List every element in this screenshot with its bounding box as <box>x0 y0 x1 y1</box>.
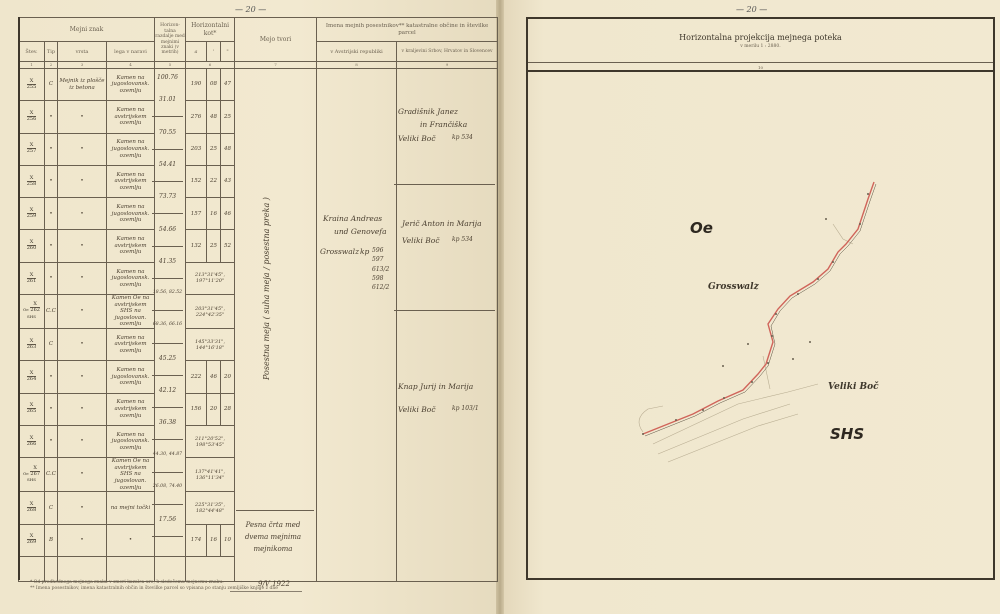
stone-number: X264 <box>19 361 45 393</box>
footnote-1: * Od predhodnega mejnega znaka v smeri k… <box>30 580 224 585</box>
angle-sec: 48 <box>221 133 235 165</box>
mejni-tvori-bottom: Pesna črta med dvema mejnima mejnikoma <box>236 520 310 556</box>
distance-value: 68.36, 66.16 <box>152 322 183 327</box>
map-scale: v merilu 1 : 2880. <box>528 44 993 49</box>
distance-value: 18.56, 82.52 <box>152 290 183 295</box>
stone-number: Oe X267 SHS <box>19 458 45 492</box>
angle-sec: 10 <box>221 524 235 556</box>
suffix-label: SHS <box>27 314 36 319</box>
stone-number: X261 <box>19 262 45 294</box>
angle-combined: 137°41'41", 136°11'34" <box>186 458 235 492</box>
angle-combined: 211°20'52", 198°53'45" <box>186 425 235 457</box>
angle-deg: 222 <box>186 361 207 393</box>
footnote-date-line <box>230 591 302 592</box>
owner-divider <box>394 184 495 185</box>
distance-value: 26.08, 74.40 <box>152 484 183 489</box>
page-number: — 20 — <box>736 5 767 14</box>
map-divider <box>528 70 993 72</box>
stone-location: Kamen na jugoslovansk. ozemlju <box>107 361 155 393</box>
map-label-oe: Oe <box>690 219 713 237</box>
shs-owner-2: Jerič Anton in Marija <box>402 218 482 229</box>
angle-combined: 225°31'35", 182°44'48" <box>186 492 235 524</box>
col-number: 2 <box>45 62 58 69</box>
stone-kind: • <box>58 425 107 457</box>
col-number: 1 <box>19 62 45 69</box>
stone-id: 258 <box>27 182 37 187</box>
map-label-veliki-boc: Veliki Boč <box>828 382 879 392</box>
header-stev: Štev. <box>19 42 45 62</box>
distance-divider <box>152 375 183 376</box>
stone-number: X258 <box>19 165 45 197</box>
angle-deg: 203 <box>186 133 207 165</box>
distance-divider <box>152 246 183 247</box>
owner-divider <box>394 310 495 311</box>
angle-min: 46 <box>207 361 221 393</box>
stone-type: C <box>45 329 58 361</box>
austria-owner-name2: und Genovefa <box>334 226 387 237</box>
distance-divider <box>152 504 183 505</box>
header-horizontal-angle: Horizontalni kot* <box>186 18 235 42</box>
shs-owner-1-parcel: kp 534 <box>452 133 473 142</box>
shs-owner-3-kat: Veliki Boč <box>398 404 436 415</box>
angle-min: 16 <box>207 198 221 230</box>
stone-id: 262 <box>30 308 40 313</box>
stone-type: • <box>45 425 58 457</box>
shs-owner-2-parcel: kp 534 <box>452 235 473 244</box>
stone-type: • <box>45 101 58 133</box>
map-label-grosswalz: Grosswalz <box>708 282 759 292</box>
angle-sec: 20 <box>221 361 235 393</box>
angle-deg: 174 <box>186 524 207 556</box>
parcel: 612/2 <box>372 283 389 292</box>
distance-divider <box>152 116 183 117</box>
stone-type: • <box>45 198 58 230</box>
stone-type: C <box>45 69 58 101</box>
distance-divider <box>152 310 183 311</box>
stone-kind: Mejnik iz plošče iz betona <box>58 69 107 101</box>
stone-kind: • <box>58 361 107 393</box>
shs-owner-3-parcel: kp 103/1 <box>452 404 479 413</box>
austria-parcels: 596 597 613/2 598 612/2 <box>372 246 389 292</box>
distance-value: 31.01 <box>152 96 183 103</box>
stone-location: Kamen na jugoslovansk. ozemlju <box>107 425 155 457</box>
distance-divider <box>152 343 183 344</box>
angle-sec: 28 <box>221 393 235 425</box>
mejni-tvori-vertical: Posestna meja ( suha meja / posestna pre… <box>262 197 271 380</box>
distance-divider <box>152 149 183 150</box>
stone-type: • <box>45 165 58 197</box>
boundary-map <box>528 74 993 578</box>
stone-location: Kamen Oe na avstrijskem SHS na jugoslova… <box>107 295 155 329</box>
distance-value: 42.12 <box>152 387 183 394</box>
distance-value: 54.41 <box>152 161 183 168</box>
suffix-label: SHS <box>27 477 36 482</box>
stone-number: X265 <box>19 393 45 425</box>
distance-value: 54.66 <box>152 226 183 233</box>
header-shs: v kraljevini Srbov, Hrvatov in Slovencev <box>397 42 498 62</box>
stone-type: • <box>45 393 58 425</box>
stone-location: Kamen Oe na avstrijskem SHS na jugoslova… <box>107 458 155 492</box>
stone-number: X268 <box>19 492 45 524</box>
angle-deg: 276 <box>186 101 207 133</box>
shs-owner-2-kat: Veliki Boč <box>402 235 440 246</box>
stone-type: • <box>45 230 58 262</box>
stone-kind: • <box>58 165 107 197</box>
stone-id: 256 <box>27 117 37 122</box>
angle-sec: 46 <box>221 198 235 230</box>
distance-divider <box>152 213 183 214</box>
distance-value: 36.38 <box>152 419 183 426</box>
distance-divider <box>152 278 183 279</box>
tvori-divider <box>236 510 314 511</box>
stone-location: Kamen na jugoslovansk. ozemlju <box>107 69 155 101</box>
header-horizontal-distance: Horizon-talna razdalje med mejnimi znaki… <box>155 18 186 62</box>
col-number: 3 <box>58 62 107 69</box>
stone-id: 261 <box>27 279 37 284</box>
header-angle-sec: " <box>221 42 235 62</box>
distance-value: 70.55 <box>152 129 183 136</box>
angle-min: 16 <box>207 524 221 556</box>
angle-combined: 203°31'45", 224°42'35" <box>186 295 235 329</box>
col-number: 6 <box>186 62 235 69</box>
header-lega: lega v naravi <box>107 42 155 62</box>
angle-combined: 213°31'45", 197°11'20" <box>186 262 235 294</box>
distance-divider <box>152 536 183 537</box>
col-number: 4 <box>107 62 155 69</box>
stone-kind: • <box>58 101 107 133</box>
distance-value: 73.73 <box>152 193 183 200</box>
angle-sec: 52 <box>221 230 235 262</box>
shs-owner-1-kat: Veliki Boč <box>398 133 436 144</box>
col-number: 9 <box>397 62 498 69</box>
stone-kind: • <box>58 458 107 492</box>
stone-number: X259 <box>19 198 45 230</box>
stone-id: 259 <box>27 214 37 219</box>
stone-kind: • <box>58 198 107 230</box>
distance-cell <box>155 524 186 556</box>
distance-value: 41.35 <box>152 258 183 265</box>
austria-owner-cell <box>317 69 397 582</box>
header-mejni-znak: Mejni znak <box>19 18 155 42</box>
stone-id: 265 <box>27 409 37 414</box>
stone-id: 257 <box>27 149 37 154</box>
map-frame: Horizontalna projekcija mejnega poteka v… <box>526 17 995 580</box>
parcel: 598 <box>372 274 389 283</box>
table-left-border <box>18 17 20 580</box>
angle-deg: 157 <box>186 198 207 230</box>
austria-owner-name: Kraina Andreas <box>323 213 382 224</box>
stone-location: Kamen na avstrijskem ozemlju <box>107 393 155 425</box>
col-number: 7 <box>235 62 317 69</box>
header-angle-deg: a <box>186 42 207 62</box>
parcel: 613/2 <box>372 265 389 274</box>
stone-number: X263 <box>19 329 45 361</box>
angle-deg: 132 <box>186 230 207 262</box>
angle-deg: 152 <box>186 165 207 197</box>
stone-kind: • <box>58 329 107 361</box>
shs-owner-1: Gradišnik Janez <box>398 106 458 117</box>
shs-owner-cell <box>397 69 498 582</box>
stone-location: na mejni točki <box>107 492 155 524</box>
stone-type: • <box>45 361 58 393</box>
stone-kind: • <box>58 133 107 165</box>
stone-type: • <box>45 262 58 294</box>
stone-type: B <box>45 524 58 556</box>
stone-type: C.C <box>45 295 58 329</box>
stone-kind: • <box>58 524 107 556</box>
stone-id: 267 <box>30 472 40 477</box>
angle-deg: 190 <box>186 69 207 101</box>
stone-id: 264 <box>27 377 37 382</box>
table-row: X255CMejnik iz plošče iz betonaKamen na … <box>19 69 498 101</box>
angle-sec: 43 <box>221 165 235 197</box>
boundary-register-table: Mejni znak Horizon-talna razdalje med me… <box>18 17 498 582</box>
stone-number: X255 <box>19 69 45 101</box>
stone-location: Kamen na avstrijskem ozemlju <box>107 230 155 262</box>
stone-number: X269 <box>19 524 45 556</box>
angle-min: 25 <box>207 133 221 165</box>
angle-sec: 25 <box>221 101 235 133</box>
stone-kind: • <box>58 393 107 425</box>
header-angle-min: ' <box>207 42 221 62</box>
distance-value: 45.25 <box>152 355 183 362</box>
distance-divider <box>152 472 183 473</box>
distance-value: 17.56 <box>152 516 183 523</box>
angle-min: 48 <box>207 101 221 133</box>
distance-divider <box>152 439 183 440</box>
stone-type: C <box>45 492 58 524</box>
stone-id: 268 <box>27 508 37 513</box>
angle-min: 20 <box>207 393 221 425</box>
stone-id: 263 <box>27 345 37 350</box>
boundary-line <box>643 182 874 434</box>
col-number: 8 <box>317 62 397 69</box>
stone-location: Kamen na avstrijskem ozemlju <box>107 165 155 197</box>
stone-kind: • <box>58 230 107 262</box>
page-number: — 20 — <box>235 5 266 14</box>
angle-min: 22 <box>207 165 221 197</box>
header-tip: Tip <box>45 42 58 62</box>
map-label-shs: SHS <box>830 425 864 443</box>
parcel: 596 <box>372 246 389 255</box>
distance-divider <box>152 181 183 182</box>
col-number: 5 <box>155 62 186 69</box>
shs-owner-3: Knap Jurij in Marija <box>398 381 473 392</box>
stone-number: X266 <box>19 425 45 457</box>
austria-parcel-label: kp <box>360 246 369 257</box>
stone-type: • <box>45 133 58 165</box>
austria-kat-obcina: Grosswalz <box>320 246 359 257</box>
shs-owner-1b: in Frančiška <box>420 119 467 130</box>
stone-location: Kamen na jugoslovansk. ozemlju <box>107 198 155 230</box>
stone-id: 269 <box>27 540 37 545</box>
stone-type: C.C <box>45 458 58 492</box>
prefix-label: Oe <box>23 471 29 476</box>
header-austria: v Avstrijski republiki <box>317 42 397 62</box>
footnote-date: 9/V 1922 <box>258 580 290 588</box>
stone-kind: • <box>58 295 107 329</box>
stone-id: 255 <box>27 85 37 90</box>
map-title: Horizontalna projekcija mejnega poteka <box>528 33 993 42</box>
stone-number: X260 <box>19 230 45 262</box>
stone-location: Kamen na jugoslovansk. ozemlju <box>107 262 155 294</box>
angle-combined: 145°33'31", 144°16'18" <box>186 329 235 361</box>
stone-id: 266 <box>27 442 37 447</box>
stone-id: 260 <box>27 246 37 251</box>
distance-value: 100.76 <box>152 74 183 81</box>
parcel: 597 <box>372 255 389 264</box>
stone-kind: • <box>58 262 107 294</box>
distance-divider <box>152 407 183 408</box>
stone-location: Kamen na jugoslovansk. ozemlju <box>107 133 155 165</box>
angle-sec: 47 <box>221 69 235 101</box>
header-owners: Imena mejnih posestnikov** katastralne o… <box>317 18 498 42</box>
header-mejni-tvori: Mejo tvori <box>235 18 317 62</box>
mejni-tvori-cell <box>235 69 317 582</box>
stone-kind: • <box>58 492 107 524</box>
angle-min: 08 <box>207 69 221 101</box>
prefix-label: Oe <box>23 307 29 312</box>
distance-value: 44.30, 44.87 <box>152 452 183 457</box>
stone-location: • <box>107 524 155 556</box>
map-divider <box>528 62 993 63</box>
angle-deg: 156 <box>186 393 207 425</box>
stone-location: Kamen na avstrijskem ozemlju <box>107 329 155 361</box>
stone-number: X257 <box>19 133 45 165</box>
stone-location: Kamen na avstrijskem ozemlju <box>107 101 155 133</box>
header-vrsta: vrsta <box>58 42 107 62</box>
stone-number: Oe X262 SHS <box>19 295 45 329</box>
angle-min: 25 <box>207 230 221 262</box>
stone-number: X256 <box>19 101 45 133</box>
